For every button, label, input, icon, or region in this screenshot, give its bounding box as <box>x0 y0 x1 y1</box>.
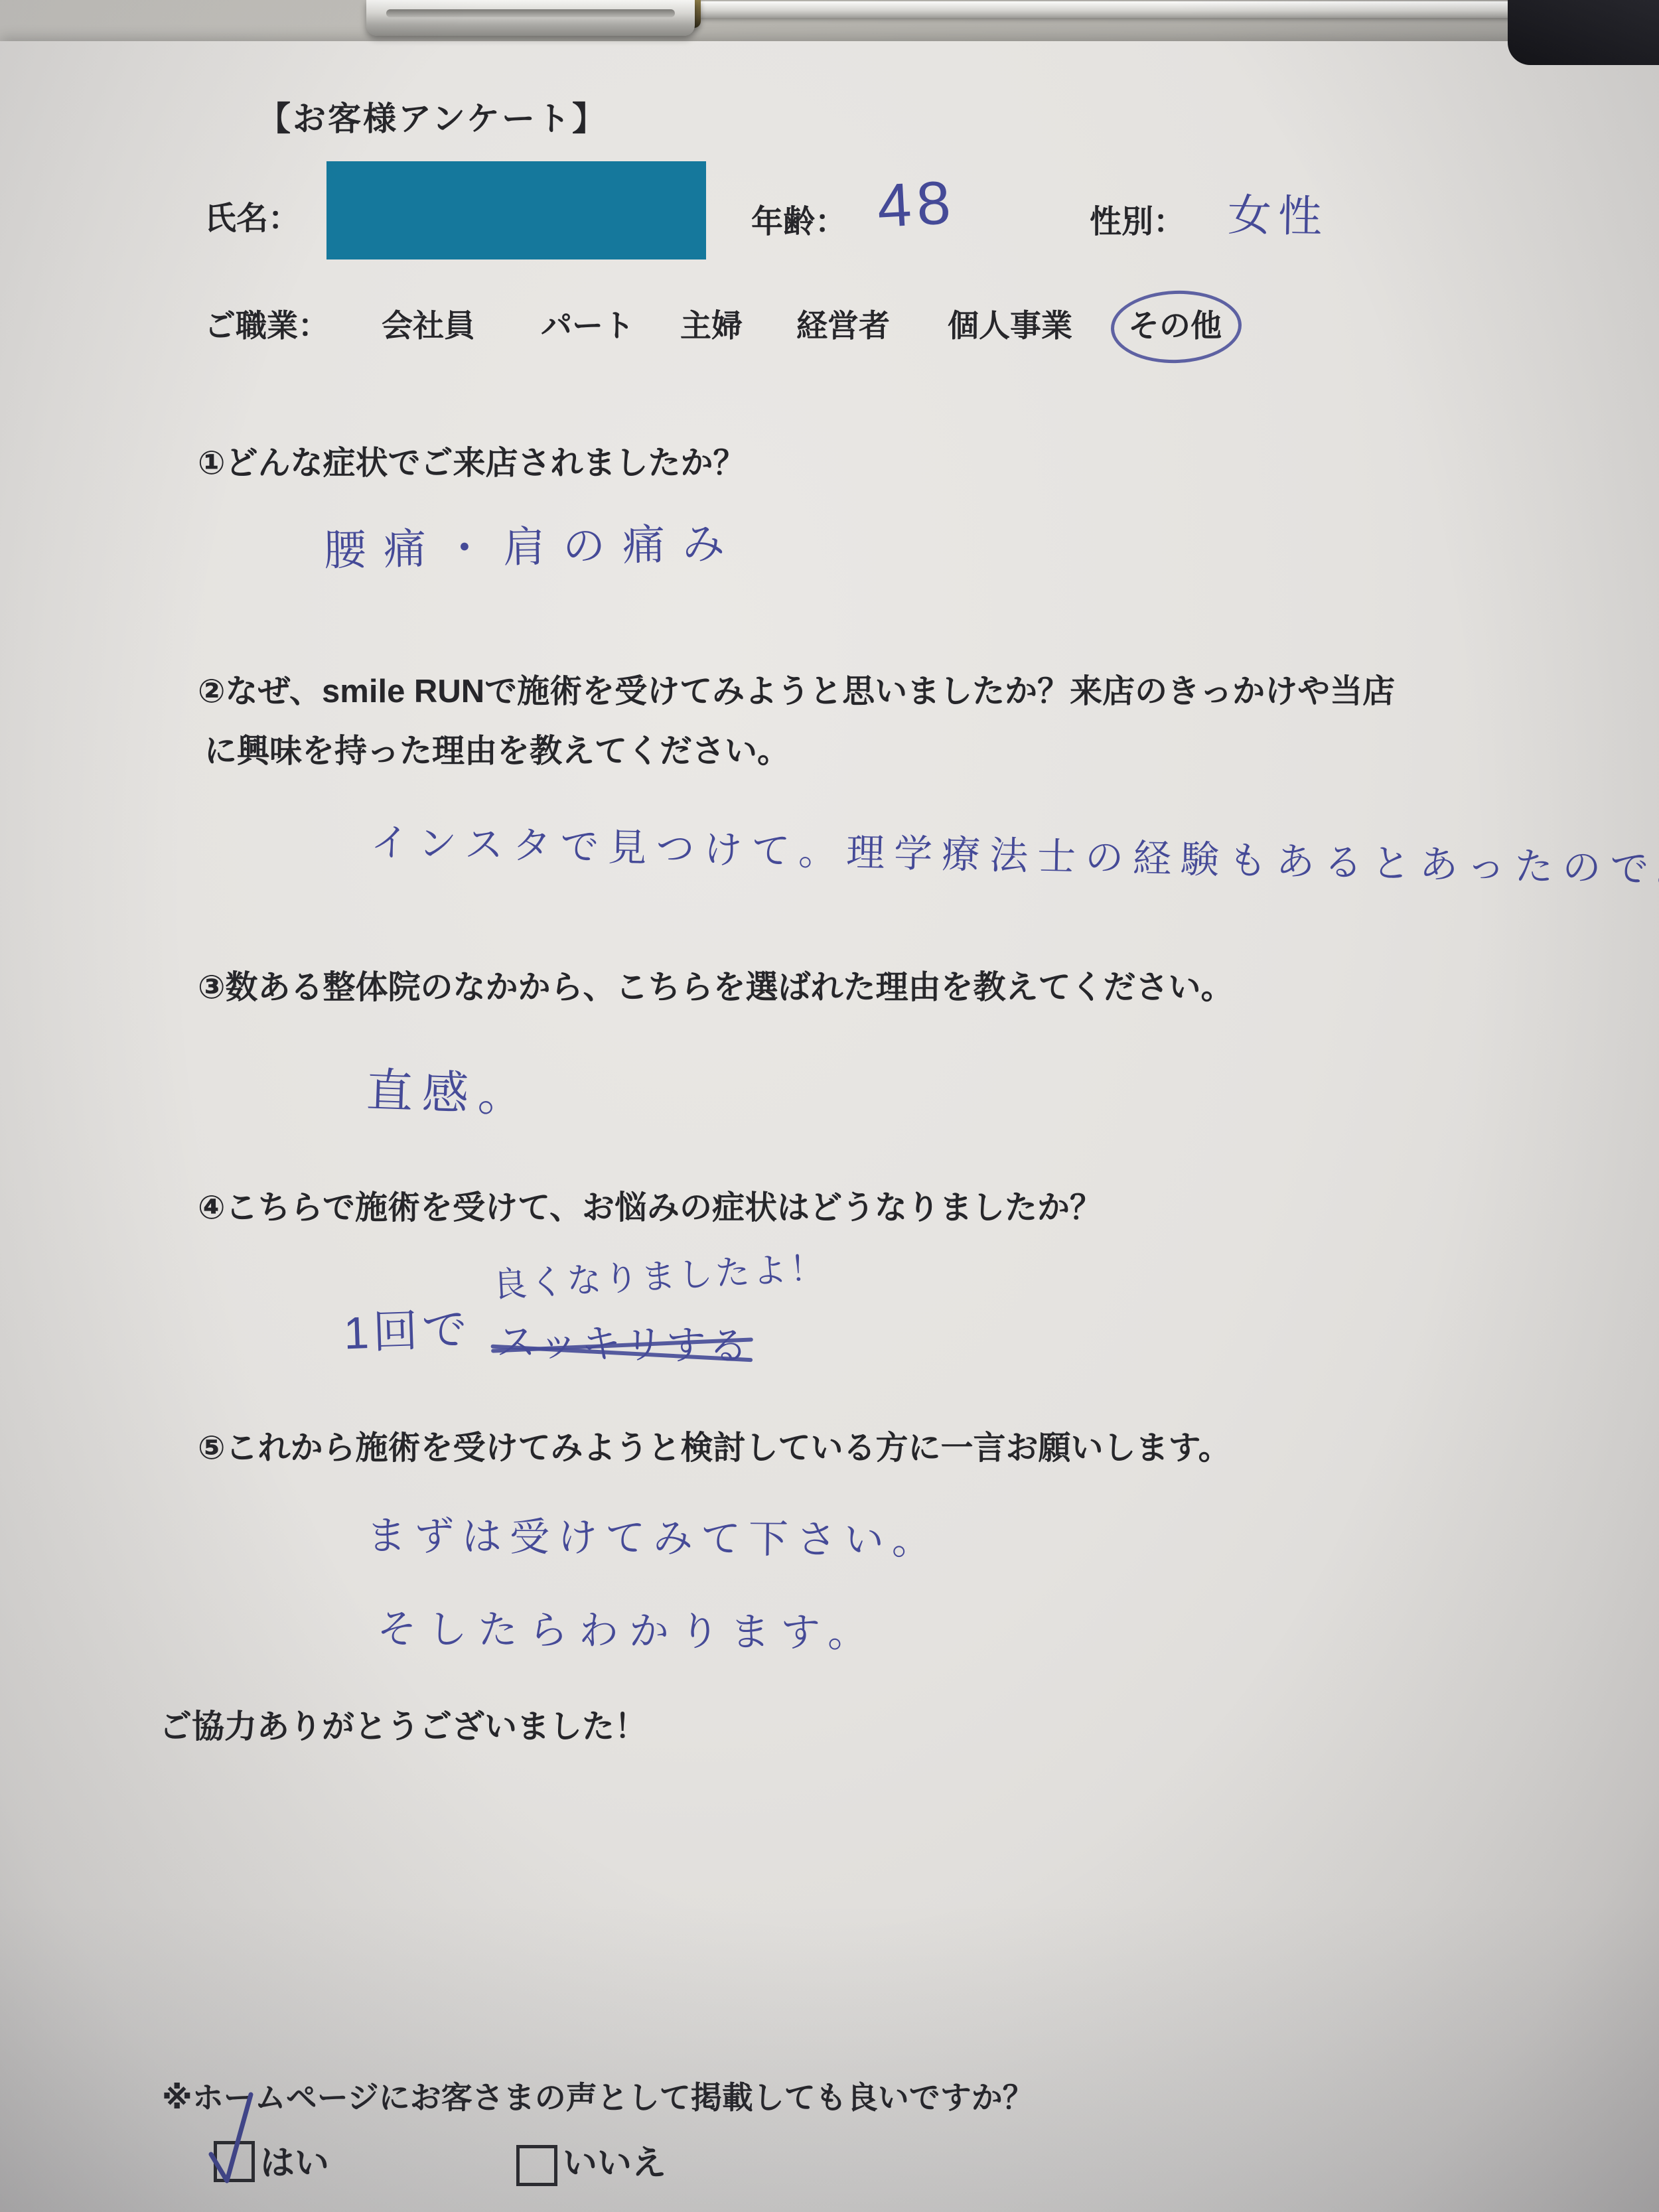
checkbox-yes-label: はい <box>260 2142 329 2185</box>
name-label: 氏名： <box>204 199 300 239</box>
occupation-option-kojin: 個人事業 <box>948 307 1072 346</box>
answer-4-prefix-handwritten: 1回で <box>343 1307 472 1357</box>
question-1: ①どんな症状でご来店されましたか？ <box>198 443 746 484</box>
question-5: ⑤これから施術を受けてみようと検討している方に一言お願いします。 <box>198 1428 1231 1469</box>
page-title: 【お客様アンケート】 <box>257 98 607 140</box>
checkbox-no <box>516 2145 557 2186</box>
age-handwritten-value: 48 <box>876 172 958 237</box>
question-4: ④こちらで施術を受けて、お悩みの症状はどうなりましたか？ <box>198 1188 1102 1228</box>
question-2-line2: に興味を持った理由を教えてください。 <box>204 731 790 772</box>
occupation-option-part: パート <box>541 307 634 346</box>
clipboard-clip-slot <box>386 9 675 17</box>
clipboard-corner <box>1508 0 1659 65</box>
publish-question: ※ホームページにお客さまの声として掲載しても良いですか？ <box>162 2079 1034 2118</box>
name-redaction-box <box>326 161 706 259</box>
closing-text: ご協力ありがとうございました！ <box>159 1707 647 1747</box>
occupation-label: ご職業： <box>204 307 329 346</box>
clipboard-clip <box>366 0 695 36</box>
occupation-option-sonota-circled: その他 <box>1128 307 1222 346</box>
checkbox-no-label: いいえ <box>563 2142 666 2185</box>
question-3: ③数ある整体院のなかから、こちらを選ばれた理由を教えてください。 <box>198 968 1234 1008</box>
answer-1-handwritten: 腰痛・肩の痛み <box>323 522 742 572</box>
answer-5-line1-handwritten: まずは受けてみて下さい。 <box>366 1516 940 1561</box>
answer-3-handwritten: 直感。 <box>366 1067 534 1120</box>
clip-spring-bar <box>694 1 1537 18</box>
age-label: 年齢： <box>751 202 847 242</box>
answer-4-struck-text: スッキリする <box>496 1323 751 1367</box>
question-2-line1: ②なぜ、smile RUNで施術を受けてみようと思いましたか？来店のきっかけや当… <box>198 672 1395 712</box>
occupation-option-keieisha: 経営者 <box>796 307 890 346</box>
survey-paper <box>0 41 1659 2212</box>
occupation-option-shufu: 主婦 <box>680 307 743 346</box>
answer-5-line2-handwritten: そしたらわかります。 <box>377 1609 879 1654</box>
gender-label: 性別： <box>1090 202 1185 242</box>
occupation-option-kaishain: 会社員 <box>382 307 475 346</box>
survey-photo: 【お客様アンケート】 氏名： 年齢： 48 性別： 女性 ご職業： 会社員 パー… <box>0 0 1659 2212</box>
gender-handwritten-value: 女性 <box>1227 193 1329 239</box>
